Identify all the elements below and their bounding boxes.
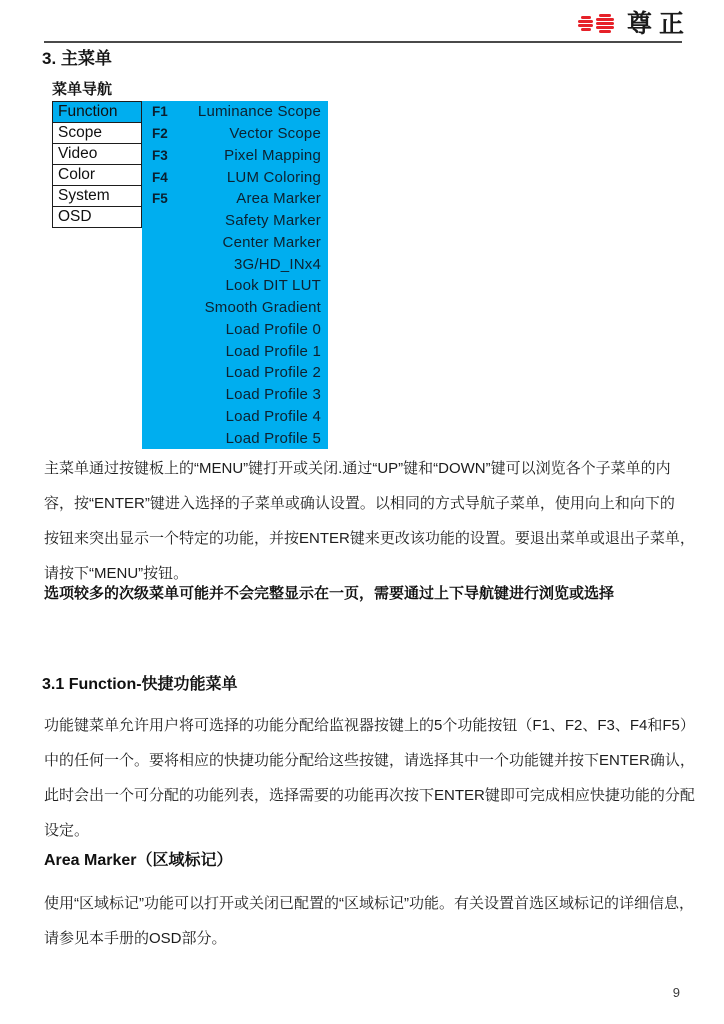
menu-nav-subtitle: 菜单导航 <box>52 80 112 99</box>
submenu-item: Vector Scope <box>178 125 328 142</box>
zunzheng-stripes-icon <box>577 12 615 36</box>
submenu-row: Safety Marker <box>142 210 328 232</box>
submenu-row: Load Profile 3 <box>142 384 328 406</box>
brand-logo: 尊正 <box>577 10 691 38</box>
submenu-row: Load Profile 5 <box>142 427 328 449</box>
section-3-1-title: 3.1 Function-快捷功能菜单 <box>42 670 238 700</box>
navigation-note-bold: 选项较多的次级菜单可能并不会完整显示在一页，需要通过上下导航键进行浏览或选择 <box>44 576 692 611</box>
submenu-item: Safety Marker <box>178 212 328 229</box>
paragraph-line: 请参见本手册的OSD部分。 <box>44 921 692 956</box>
fkey-label: F2 <box>142 126 178 141</box>
function-submenu-panel: F1 Luminance Scope F2 Vector Scope F3 Pi… <box>142 101 328 449</box>
paragraph-line: 使用“区域标记”功能可以打开或关闭已配置的“区域标记”功能。有关设置首选区域标记… <box>44 886 692 921</box>
paragraph-line: 主菜单通过按键板上的“MENU”键打开或关闭.通过“UP”键和“DOWN”键可以… <box>44 451 692 486</box>
menu-item-video: Video <box>52 143 142 165</box>
fkey-label: F4 <box>142 170 178 185</box>
submenu-row: Load Profile 0 <box>142 319 328 341</box>
submenu-row: F1 Luminance Scope <box>142 101 328 123</box>
brand-name: 尊正 <box>627 10 691 38</box>
fkey-label: F3 <box>142 148 178 163</box>
submenu-item: Smooth Gradient <box>178 299 328 316</box>
page-title: 3. 主菜单 <box>42 48 112 70</box>
submenu-row: 3G/HD_INx4 <box>142 253 328 275</box>
menu-category-list: Function Scope Video Color System OSD <box>52 101 142 228</box>
submenu-row: Smooth Gradient <box>142 297 328 319</box>
submenu-row: Load Profile 4 <box>142 406 328 428</box>
page-number: 9 <box>673 985 680 1000</box>
submenu-row: F3 Pixel Mapping <box>142 145 328 167</box>
submenu-item: 3G/HD_INx4 <box>178 256 328 273</box>
paragraph-line: 功能键菜单允许用户将可选择的功能分配给监视器按键上的5个功能按钮（F1、F2、F… <box>44 708 692 743</box>
manual-page: 尊正 3. 主菜单 菜单导航 Function Scope Video Colo… <box>0 0 724 1024</box>
menu-intro-paragraph: 主菜单通过按键板上的“MENU”键打开或关闭.通过“UP”键和“DOWN”键可以… <box>44 451 692 591</box>
menu-item-function: Function <box>52 101 142 123</box>
paragraph-line: 设定。 <box>44 813 692 848</box>
header-divider <box>44 41 682 43</box>
function-menu-paragraph: 功能键菜单允许用户将可选择的功能分配给监视器按键上的5个功能按钮（F1、F2、F… <box>44 708 692 848</box>
submenu-row: Load Profile 2 <box>142 362 328 384</box>
area-marker-title: Area Marker（区域标记） <box>44 846 233 876</box>
submenu-item: Load Profile 4 <box>178 408 328 425</box>
submenu-item: Center Marker <box>178 234 328 251</box>
menu-item-scope: Scope <box>52 122 142 144</box>
submenu-item: Pixel Mapping <box>178 147 328 164</box>
menu-item-system: System <box>52 185 142 207</box>
paragraph-line: 容，按“ENTER”键进入选择的子菜单或确认设置。以相同的方式导航子菜单，使用向… <box>44 486 692 521</box>
menu-item-color: Color <box>52 164 142 186</box>
submenu-item: LUM Coloring <box>178 169 328 186</box>
submenu-item: Look DIT LUT <box>178 277 328 294</box>
submenu-item: Load Profile 2 <box>178 364 328 381</box>
paragraph-line: 此时会出一个可分配的功能列表，选择需要的功能再次按下ENTER键即可完成相应快捷… <box>44 778 692 813</box>
submenu-row: F5 Area Marker <box>142 188 328 210</box>
fkey-label: F5 <box>142 191 178 206</box>
submenu-item: Load Profile 0 <box>178 321 328 338</box>
submenu-item: Load Profile 1 <box>178 343 328 360</box>
submenu-row: Load Profile 1 <box>142 340 328 362</box>
submenu-row: F2 Vector Scope <box>142 123 328 145</box>
paragraph-line: 中的任何一个。要将相应的快捷功能分配给这些按键，请选择其中一个功能键并按下ENT… <box>44 743 692 778</box>
fkey-label: F1 <box>142 104 178 119</box>
paragraph-line: 按钮来突出显示一个特定的功能，并按ENTER键来更改该功能的设置。要退出菜单或退… <box>44 521 692 556</box>
submenu-item: Load Profile 5 <box>178 430 328 447</box>
menu-item-osd: OSD <box>52 206 142 228</box>
submenu-item: Area Marker <box>178 190 328 207</box>
submenu-item: Load Profile 3 <box>178 386 328 403</box>
submenu-item: Luminance Scope <box>178 103 328 120</box>
submenu-row: Center Marker <box>142 232 328 254</box>
submenu-row: Look DIT LUT <box>142 275 328 297</box>
area-marker-paragraph: 使用“区域标记”功能可以打开或关闭已配置的“区域标记”功能。有关设置首选区域标记… <box>44 886 692 956</box>
submenu-row: F4 LUM Coloring <box>142 166 328 188</box>
